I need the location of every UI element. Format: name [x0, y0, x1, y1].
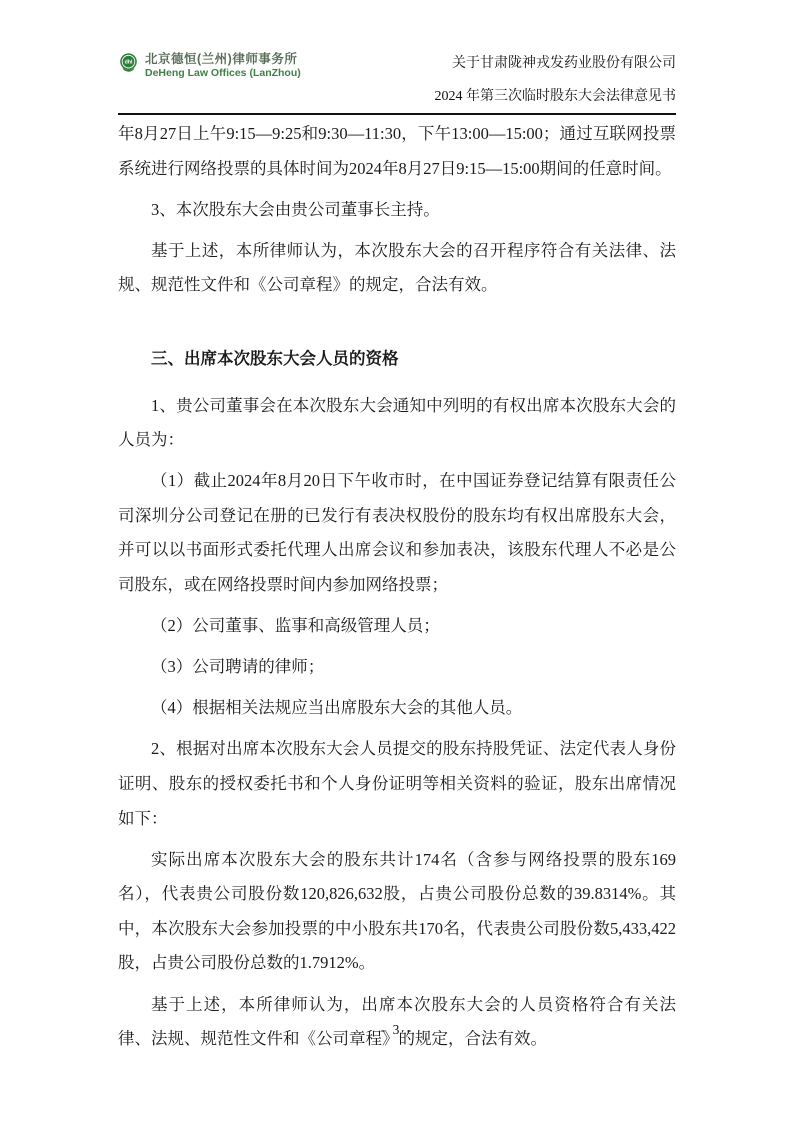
document-page: dhl 北京德恒(兰州)律师事务所 DeHeng Law Offices (La…	[0, 0, 794, 1122]
paragraph-item-3: 3、本次股东大会由贵公司董事长主持。	[118, 193, 676, 228]
paragraph-subitem-1: （1）截止2024年8月20日下午收市时，在中国证券登记结算有限责任公司深圳分公…	[118, 464, 676, 602]
paragraph-subitem-4: （4）根据相关法规应当出席股东大会的其他人员。	[118, 691, 676, 726]
deheng-emblem-icon: dhl	[118, 52, 139, 73]
page-number: - 3 -	[381, 1022, 414, 1037]
page-header: dhl 北京德恒(兰州)律师事务所 DeHeng Law Offices (La…	[118, 50, 676, 107]
paragraph-subitem-3: （3）公司聘请的律师；	[118, 650, 676, 685]
svg-text:dhl: dhl	[125, 60, 133, 66]
paragraph-subitem-2: （2）公司董事、监事和高级管理人员；	[118, 609, 676, 644]
doc-title-line1: 关于甘肃陇神戎发药业股份有限公司	[435, 54, 677, 74]
paragraph-item-2: 2、根据对出席本次股东大会人员提交的股东持股凭证、法定代表人身份证明、股东的授权…	[118, 732, 676, 836]
document-body: 年8月27日上午9:15—9:25和9:30—11:30，下午13:00—15:…	[118, 117, 676, 1057]
paragraph-attendance-stats: 实际出席本次股东大会的股东共计174名（含参与网络投票的股东169名），代表贵公…	[118, 843, 676, 981]
law-firm-name-en: DeHeng Law Offices (LanZhou)	[145, 67, 301, 80]
header-divider	[118, 113, 676, 115]
law-firm-logo: dhl 北京德恒(兰州)律师事务所 DeHeng Law Offices (La…	[118, 50, 301, 80]
document-header-title: 关于甘肃陇神戎发药业股份有限公司 2024 年第三次临时股东大会法律意见书	[435, 50, 677, 107]
page-footer: - 3 -	[0, 1022, 794, 1038]
paragraph-item-1: 1、贵公司董事会在本次股东大会通知中列明的有权出席本次股东大会的人员为：	[118, 389, 676, 458]
doc-title-line2: 2024 年第三次临时股东大会法律意见书	[435, 87, 677, 107]
paragraph-continuation: 年8月27日上午9:15—9:25和9:30—11:30，下午13:00—15:…	[118, 117, 676, 186]
law-firm-name-cn: 北京德恒(兰州)律师事务所	[145, 52, 301, 67]
paragraph-conclusion-convening: 基于上述，本所律师认为，本次股东大会的召开程序符合有关法律、法规、规范性文件和《…	[118, 234, 676, 303]
section-heading-3: 三、出席本次股东大会人员的资格	[118, 342, 676, 377]
law-firm-name: 北京德恒(兰州)律师事务所 DeHeng Law Offices (LanZho…	[145, 52, 301, 80]
